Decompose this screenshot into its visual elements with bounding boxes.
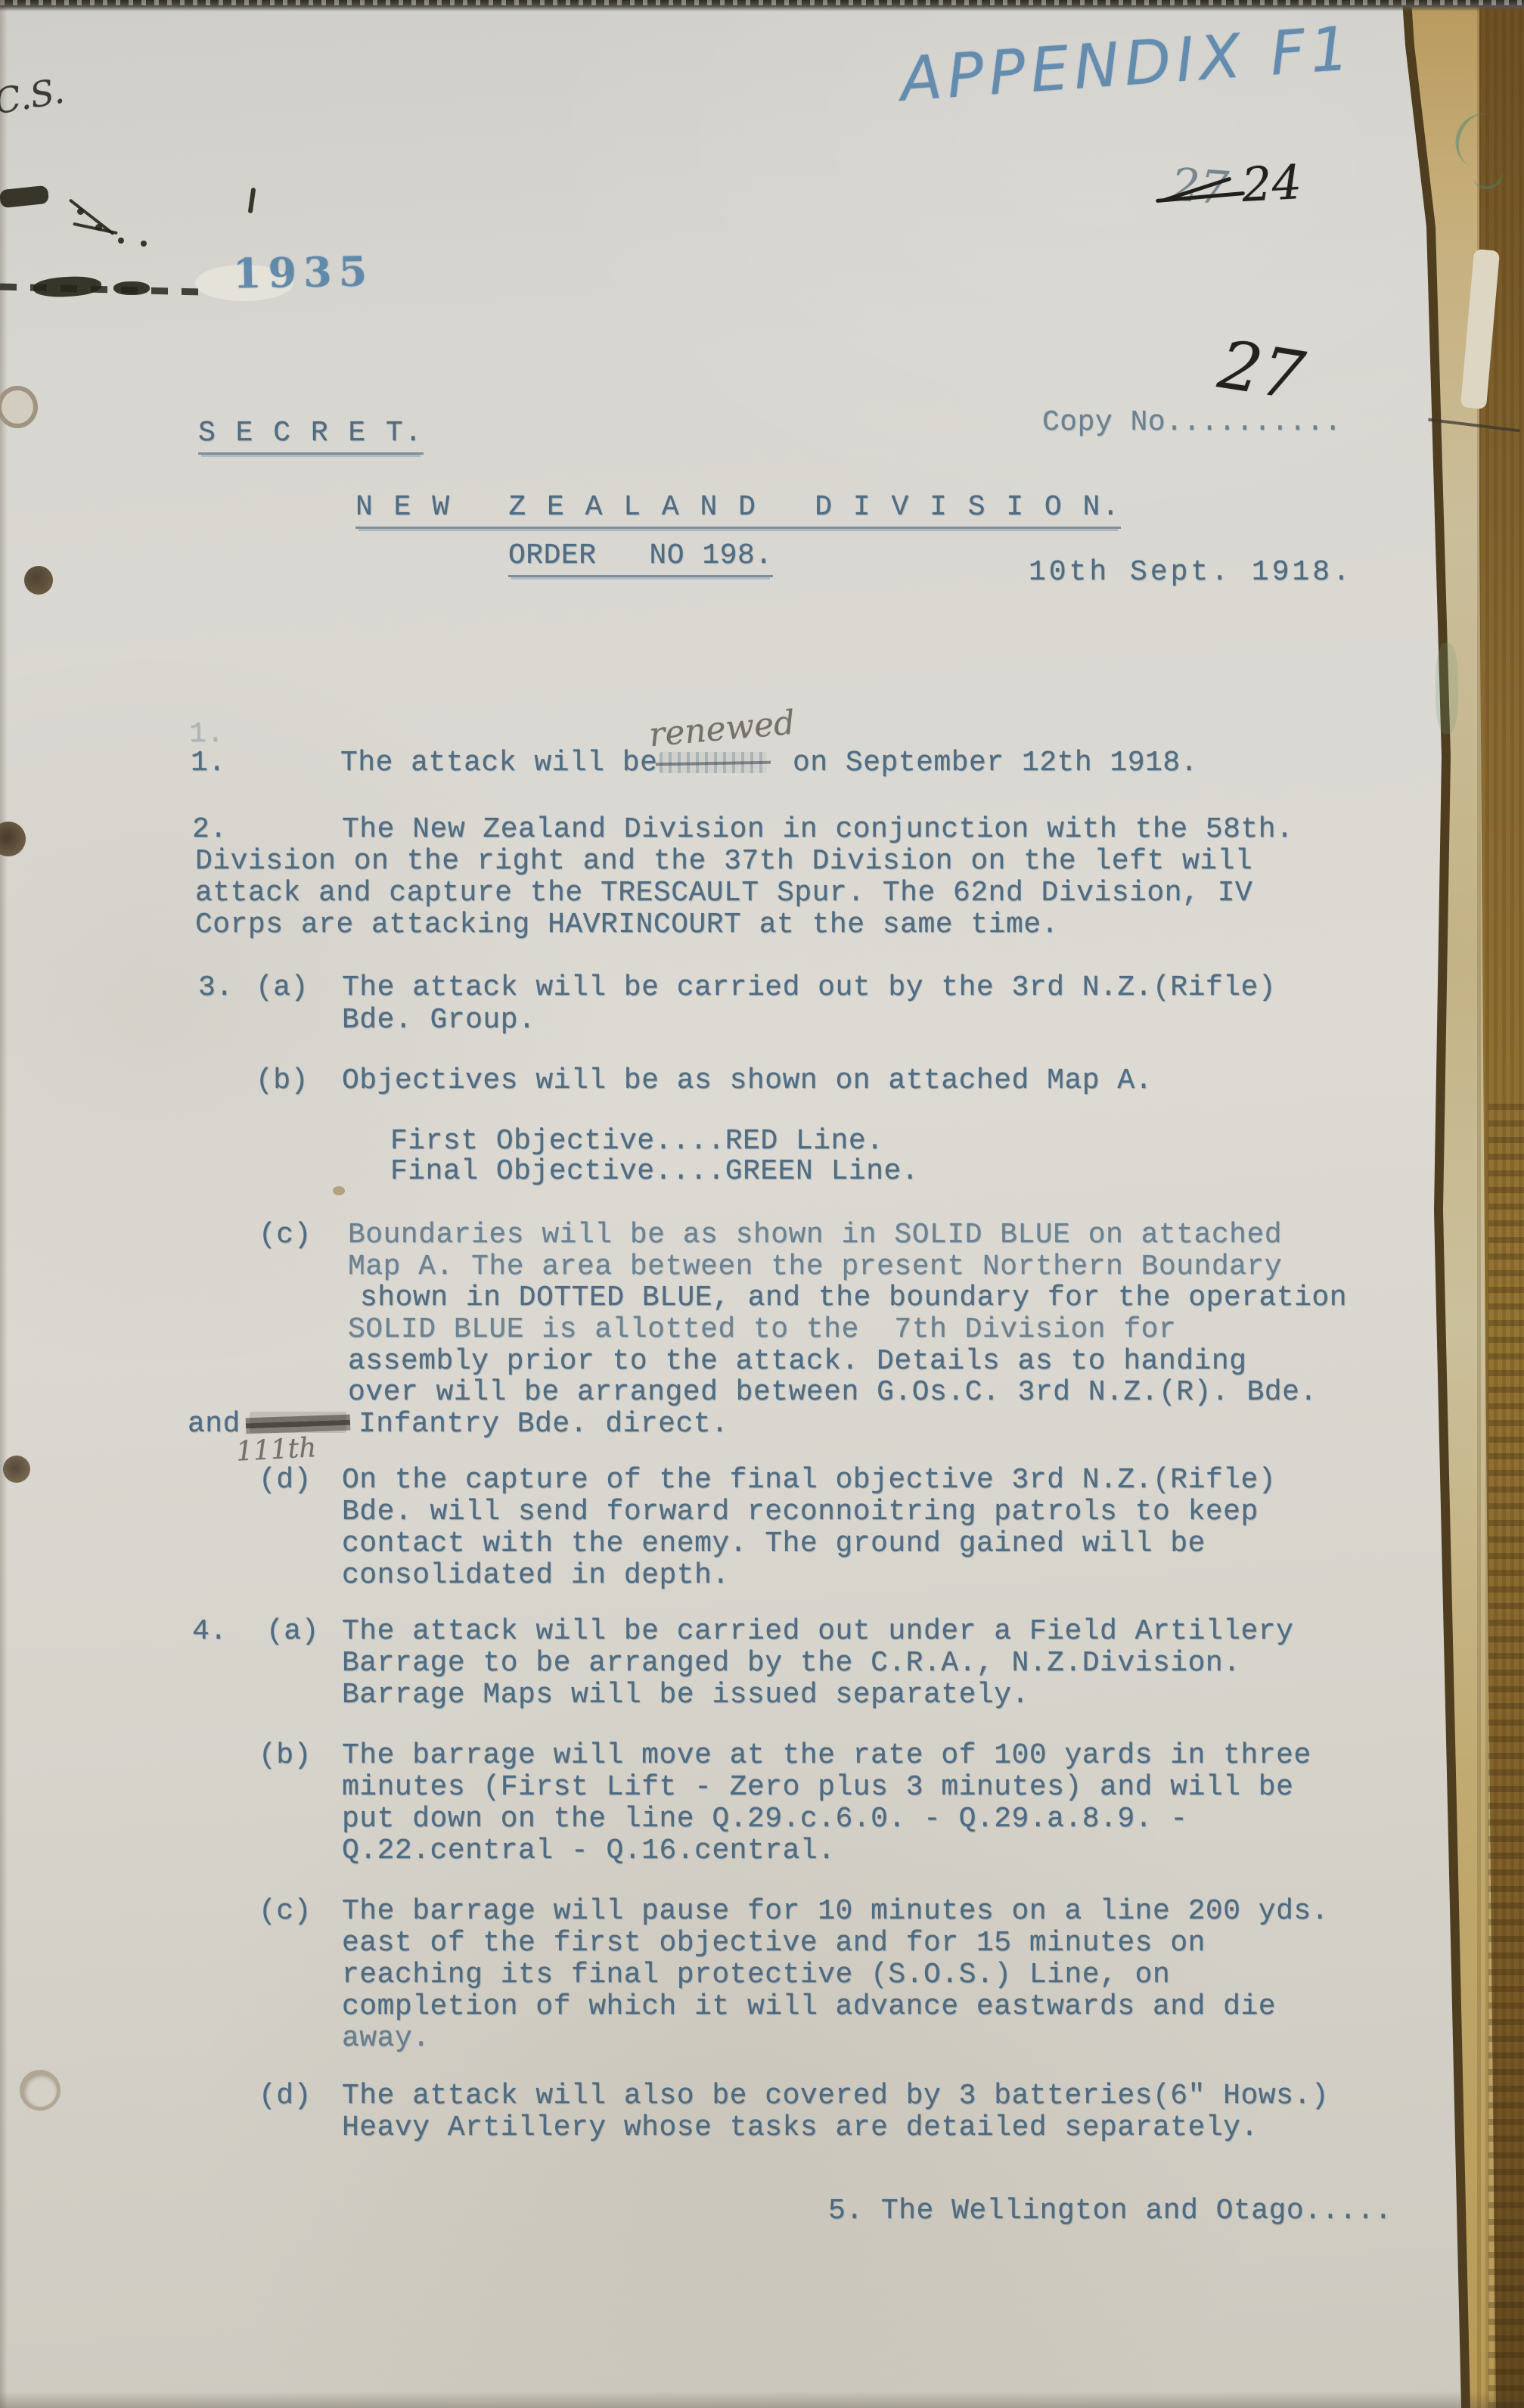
copy-no-label: Copy No.......... [1042, 407, 1342, 439]
para-4c-line-2: east of the first objective and for 15 m… [342, 1928, 1206, 1959]
para-3c-line-7-pre: and [188, 1409, 241, 1440]
final-objective-line: Final Objective....GREEN Line. [390, 1156, 919, 1188]
order-number: ORDER NO 198. [508, 540, 773, 577]
para-3c-line-1: Boundaries will be as shown in SOLID BLU… [348, 1220, 1282, 1251]
para-4a-line-2: Barrage to be arranged by the C.R.A., N.… [342, 1648, 1241, 1679]
para-3d-line-2: Bde. will send forward reconnoitring pat… [342, 1496, 1259, 1528]
ink-blot [33, 275, 101, 299]
para-4b-line-3: put down on the line Q.29.c.6.0. - Q.29.… [342, 1804, 1188, 1835]
ink-dot [141, 241, 147, 247]
para-4a-line-3: Barrage Maps will be issued separately. [342, 1679, 1029, 1711]
para-4b-line-4: Q.22.central - Q.16.central. [342, 1835, 836, 1867]
para-1-number: 1. [191, 747, 226, 779]
ink-dot [77, 208, 84, 215]
green-smudge [1436, 643, 1458, 734]
para-1-text-pre: The attack will be [340, 747, 657, 779]
order-date: 10th Sept. 1918. [1029, 557, 1353, 589]
ink-dot [95, 224, 102, 231]
para-3d-line-3: contact with the enemy. The ground gaine… [342, 1528, 1206, 1560]
para-3c-line-7-post: Infantry Bde. direct. [358, 1409, 728, 1440]
para-4b-line-2: minutes (First Lift - Zero plus 3 minute… [342, 1772, 1293, 1804]
document-photo: APPENDIX F1 27 24 1935 C.S. 27 Copy No..… [0, 0, 1524, 2408]
para-3-number: 3. [198, 972, 234, 1004]
para-3d-line-4: consolidated in depth. [342, 1560, 730, 1592]
punch-hole [3, 1456, 30, 1483]
copy-number-handwritten: 27 [1214, 325, 1310, 415]
para-3c-label: (c) [259, 1220, 312, 1251]
ink-blot [113, 281, 150, 295]
photo-left-edge [0, 0, 8, 2408]
cardboard-layers [1488, 1097, 1524, 2408]
para-4c-line-5: away. [342, 2023, 430, 2055]
ink-blot [0, 185, 49, 209]
struck-out-word [660, 752, 767, 773]
corner-initials: C.S. [0, 70, 67, 122]
punch-hole [20, 2070, 61, 2111]
para-4d-label: (d) [259, 2080, 312, 2112]
para-1-ghost-number: 1. [189, 719, 225, 750]
division-title: N E W Z E A L A N D D I V I S I O N. [355, 492, 1121, 529]
photo-bottom-edge [0, 2391, 1524, 2408]
para-3c-line-4: SOLID BLUE is allotted to the 7th Divisi… [348, 1314, 1176, 1346]
para-4c-line-3: reaching its final protective (S.O.S.) L… [342, 1959, 1170, 1991]
appendix-annotation: APPENDIX F1 [898, 13, 1356, 115]
para-4a-label: (a) [266, 1616, 319, 1648]
para-2-number: 2. [192, 814, 228, 846]
year-stamp: 1935 [232, 247, 374, 297]
para-3c-line-2: Map A. The area between the present Nort… [348, 1251, 1282, 1283]
para-4-number: 4. [192, 1616, 228, 1648]
para-3c-line-5: assembly prior to the attack. Details as… [348, 1346, 1247, 1378]
para-2-line-4: Corps are attacking HAVRINCOURT at the s… [195, 909, 1059, 941]
para-4c-line-4: completion of which it will advance east… [342, 1991, 1276, 2023]
inserted-word-renewed: renewed [647, 704, 796, 755]
para-3d-label: (d) [259, 1465, 312, 1496]
ink-dot [118, 238, 124, 244]
para-3c-line-6: over will be arranged between G.Os.C. 3r… [348, 1377, 1318, 1409]
punch-hole [0, 386, 38, 428]
para-3a-line-1: The attack will be carried out by the 3r… [342, 972, 1276, 1004]
photo-top-edge [0, 0, 1524, 11]
para-3b-line-1: Objectives will be as shown on attached … [342, 1065, 1153, 1097]
ink-tick [248, 188, 256, 214]
para-3a-line-2: Bde. Group. [342, 1005, 535, 1036]
para-4d-line-2: Heavy Artillery whose tasks are detailed… [342, 2112, 1259, 2144]
para-3c-line-3: shown in DOTTED BLUE, and the boundary f… [360, 1282, 1347, 1314]
para-4b-line-1: The barrage will move at the rate of 100… [342, 1740, 1311, 1772]
classification: S E C R E T. [198, 418, 424, 455]
struck-out-brigade [250, 1412, 346, 1433]
para-2-line-3: attack and capture the TRESCAULT Spur. T… [195, 878, 1252, 909]
para-3d-line-1: On the capture of the final objective 3r… [342, 1465, 1276, 1496]
brigade-correction: 111th [235, 1432, 317, 1468]
first-objective-line: First Objective....RED Line. [390, 1126, 884, 1157]
para-4d-line-1: The attack will also be covered by 3 bat… [342, 2080, 1329, 2112]
para-2-line-1: The New Zealand Division in conjunction … [342, 814, 1293, 846]
continuation-line: 5. The Wellington and Otago..... [828, 2195, 1392, 2227]
para-2-line-2: Division on the right and the 37th Divis… [195, 846, 1252, 878]
punch-hole [0, 822, 26, 856]
punch-hole [24, 566, 53, 595]
para-3b-label: (b) [256, 1065, 309, 1097]
para-4b-label: (b) [259, 1740, 312, 1772]
para-4c-line-1: The barrage will pause for 10 minutes on… [342, 1896, 1329, 1928]
para-4a-line-1: The attack will be carried out under a F… [342, 1616, 1293, 1648]
page-number-new: 24 [1240, 154, 1303, 213]
para-4c-label: (c) [259, 1896, 312, 1928]
stain-speck [333, 1186, 345, 1195]
para-1-text-post: on September 12th 1918. [793, 747, 1198, 779]
para-3a-label: (a) [256, 972, 309, 1004]
